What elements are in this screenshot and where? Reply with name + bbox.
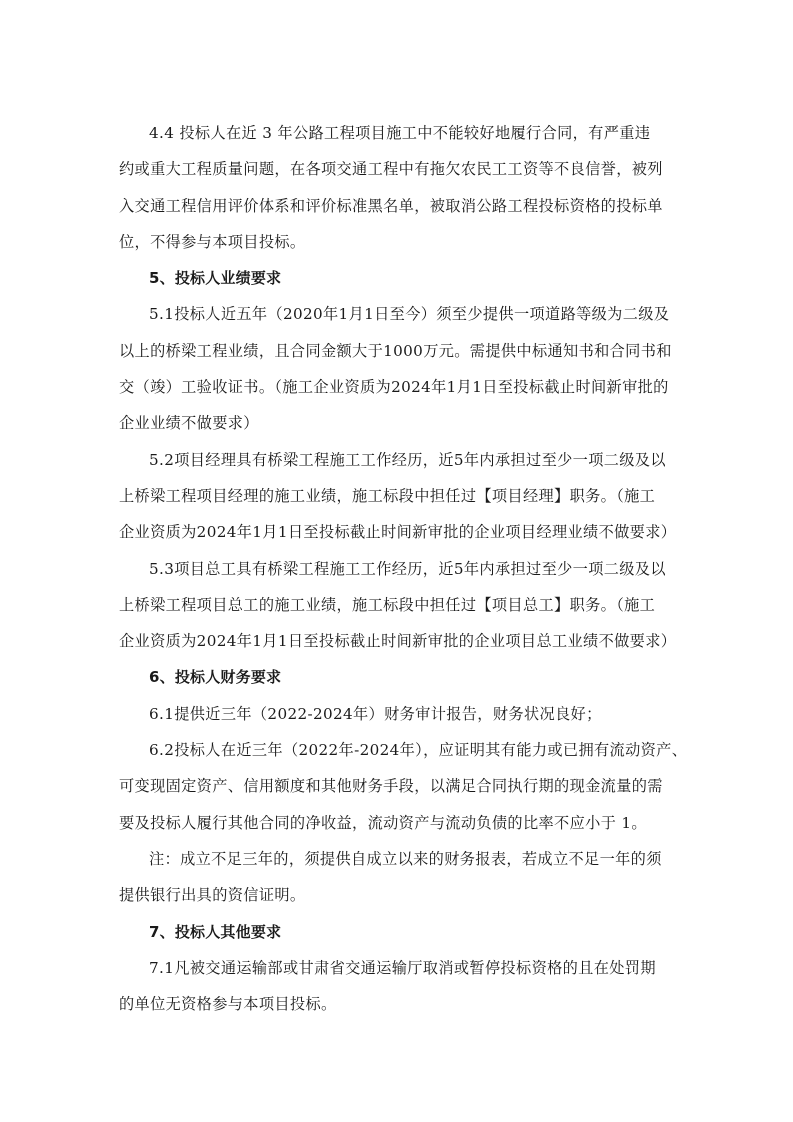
text-line: 企业资质为2024年1月1日至投标截止时间新审批的企业项目总工业绩不做要求）: [119, 623, 675, 659]
paragraph-5-3: 5.3项目总工具有桥梁工程施工工作经历，近5年内承担过至少一项二级及以 上桥梁工…: [119, 551, 675, 660]
text-line: 注：成立不足三年的，须提供自成立以来的财务报表，若成立不足一年的须: [119, 841, 675, 877]
text-line: 要及投标人履行其他合同的净收益，流动资产与流动负债的比率不应小于 1。: [119, 805, 675, 841]
text-line: 提供银行出具的资信证明。: [119, 877, 675, 913]
text-line: 入交通工程信用评价体系和评价标准黑名单，被取消公路工程投标资格的投标单: [119, 188, 675, 224]
paragraph-5-2: 5.2项目经理具有桥梁工程施工工作经历，近5年内承担过至少一项二级及以 上桥梁工…: [119, 442, 675, 551]
text-line: 5.3项目总工具有桥梁工程施工工作经历，近5年内承担过至少一项二级及以: [119, 551, 675, 587]
section-heading-5: 5、投标人业绩要求: [119, 260, 675, 296]
text-line: 5.1投标人近五年（2020年1月1日至今）须至少提供一项道路等级为二级及: [119, 296, 675, 332]
text-line: 交（竣）工验收证书。（施工企业资质为2024年1月1日至投标截止时间新审批的: [119, 369, 675, 405]
text-line: 可变现固定资产、信用额度和其他财务手段，以满足合同执行期的现金流量的需: [119, 768, 675, 804]
paragraph-4-4: 4.4 投标人在近 3 年公路工程项目施工中不能较好地履行合同，有严重违 约或重…: [119, 115, 675, 260]
paragraph-5-1: 5.1投标人近五年（2020年1月1日至今）须至少提供一项道路等级为二级及 以上…: [119, 296, 675, 441]
text-line: 上桥梁工程项目总工的施工业绩，施工标段中担任过【项目总工】职务。（施工: [119, 587, 675, 623]
paragraph-7-1: 7.1凡被交通运输部或甘肃省交通运输厅取消或暂停投标资格的且在处罚期 的单位无资…: [119, 950, 675, 1023]
paragraph-6-2: 6.2投标人在近三年（2022年-2024年），应证明其有能力或已拥有流动资产、…: [119, 732, 675, 841]
document-page: 4.4 投标人在近 3 年公路工程项目施工中不能较好地履行合同，有严重违 约或重…: [0, 0, 793, 1122]
section-heading-7: 7、投标人其他要求: [119, 914, 675, 950]
text-line: 以上的桥梁工程业绩，且合同金额大于1000万元。需提供中标通知书和合同书和: [119, 333, 675, 369]
text-line: 4.4 投标人在近 3 年公路工程项目施工中不能较好地履行合同，有严重违: [119, 115, 675, 151]
text-line: 上桥梁工程项目经理的施工业绩，施工标段中担任过【项目经理】职务。（施工: [119, 478, 675, 514]
text-line: 位，不得参与本项目投标。: [119, 224, 675, 260]
text-line: 6.1提供近三年（2022-2024年）财务审计报告，财务状况良好；: [119, 696, 675, 732]
text-line: 6.2投标人在近三年（2022年-2024年），应证明其有能力或已拥有流动资产、: [119, 732, 675, 768]
text-line: 的单位无资格参与本项目投标。: [119, 986, 675, 1022]
text-line: 约或重大工程质量问题，在各项交通工程中有拖欠农民工工资等不良信誉，被列: [119, 151, 675, 187]
text-line: 企业业绩不做要求）: [119, 405, 675, 441]
document-body: 4.4 投标人在近 3 年公路工程项目施工中不能较好地履行合同，有严重违 约或重…: [119, 115, 675, 1022]
text-line: 5.2项目经理具有桥梁工程施工工作经历，近5年内承担过至少一项二级及以: [119, 442, 675, 478]
text-line: 企业资质为2024年1月1日至投标截止时间新审批的企业项目经理业绩不做要求）: [119, 514, 675, 550]
section-heading-6: 6、投标人财务要求: [119, 659, 675, 695]
paragraph-6-1: 6.1提供近三年（2022-2024年）财务审计报告，财务状况良好；: [119, 696, 675, 732]
paragraph-note: 注：成立不足三年的，须提供自成立以来的财务报表，若成立不足一年的须 提供银行出具…: [119, 841, 675, 914]
text-line: 7.1凡被交通运输部或甘肃省交通运输厅取消或暂停投标资格的且在处罚期: [119, 950, 675, 986]
